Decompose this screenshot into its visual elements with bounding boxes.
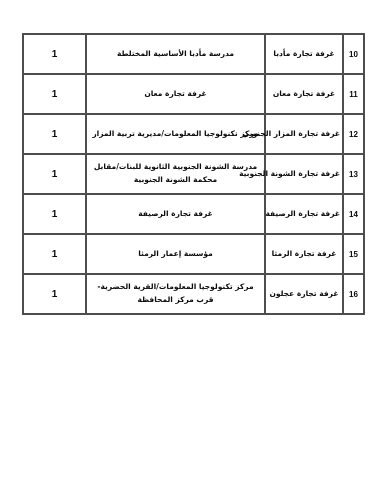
count-cell: 1 (23, 74, 86, 114)
row-number-cell: 14 (343, 194, 364, 234)
chamber-name-cell: غرفة تجارة الرصيفة (265, 194, 343, 234)
chamber-name-cell: غرفة تجارة معان (265, 74, 343, 114)
center-location-cell: مركز تكنولوجيا المعلومات/مديرية تربية ال… (86, 114, 265, 154)
row-number-cell: 12 (343, 114, 364, 154)
table-row: 15 غرفة تجارة الرمثا مؤسسة إعمار الرمثا … (23, 234, 364, 274)
table-row: 11 غرفة تجارة معان غرفة تجارة معان 1 (23, 74, 364, 114)
table-row: 10 غرفة تجارة مأدبا مدرسة مأدبا الأساسية… (23, 34, 364, 74)
chamber-name-cell: غرفة تجارة المزار الجنوبي (265, 114, 343, 154)
row-number-cell: 10 (343, 34, 364, 74)
count-cell: 1 (23, 234, 86, 274)
count-cell: 1 (23, 114, 86, 154)
center-location-cell: مؤسسة إعمار الرمثا (86, 234, 265, 274)
table-row: 12 غرفة تجارة المزار الجنوبي مركز تكنولو… (23, 114, 364, 154)
count-cell: 1 (23, 34, 86, 74)
count-cell: 1 (23, 154, 86, 194)
table-row: 16 غرفة تجارة عجلون مركز تكنولوجيا المعل… (23, 274, 364, 314)
row-number-cell: 15 (343, 234, 364, 274)
center-location-cell: غرفة تجارة الرصيفة (86, 194, 265, 234)
center-location-cell: مدرسة مأدبا الأساسية المختلطة (86, 34, 265, 74)
count-cell: 1 (23, 274, 86, 314)
table-row: 14 غرفة تجارة الرصيفة غرفة تجارة الرصيفة… (23, 194, 364, 234)
table-row: 13 غرفة تجارة الشونة الجنوبية مدرسة الشو… (23, 154, 364, 194)
center-location-cell: غرفة تجارة معان (86, 74, 265, 114)
chambers-table: 10 غرفة تجارة مأدبا مدرسة مأدبا الأساسية… (22, 33, 365, 315)
center-location-cell: مركز تكنولوجيا المعلومات/القرية الحضرية-… (86, 274, 265, 314)
chamber-name-cell: غرفة تجارة الرمثا (265, 234, 343, 274)
count-cell: 1 (23, 194, 86, 234)
chamber-name-cell: غرفة تجارة مأدبا (265, 34, 343, 74)
document-page: 10 غرفة تجارة مأدبا مدرسة مأدبا الأساسية… (0, 0, 386, 500)
chamber-name-cell: غرفة تجارة الشونة الجنوبية (265, 154, 343, 194)
row-number-cell: 16 (343, 274, 364, 314)
row-number-cell: 11 (343, 74, 364, 114)
row-number-cell: 13 (343, 154, 364, 194)
chamber-name-cell: غرفة تجارة عجلون (265, 274, 343, 314)
